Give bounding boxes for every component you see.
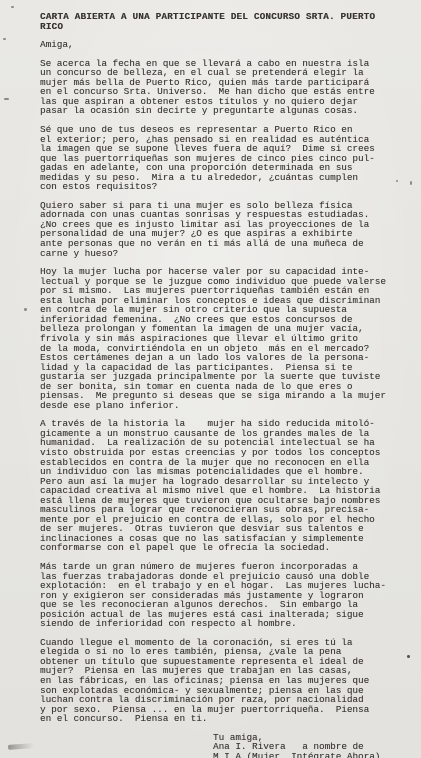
paragraph-5: A través de la historia la mujer ha sido… — [40, 419, 395, 553]
paragraph-2: Sé que uno de tus deseos es representar … — [40, 125, 395, 192]
paragraph-6: Más tarde un gran número de mujeres fuer… — [40, 562, 395, 629]
salutation: Amiga, — [40, 40, 395, 50]
scan-speck — [3, 38, 6, 40]
scan-speck — [4, 98, 9, 100]
scan-speck — [407, 655, 410, 658]
paragraph-4: Hoy la mujer lucha por hacerse valer por… — [40, 267, 395, 410]
signature-block: Tu amiga, Ana I. Rivera a nombre de M I … — [213, 733, 395, 758]
paragraph-7: Cuando llegue el momento de la coronació… — [40, 638, 395, 724]
scan-smudge — [8, 743, 34, 750]
organization-name: M I A (Mujer Intégrate Ahora) — [213, 752, 395, 758]
scanned-letter-page: CARTA ABIERTA A UNA PARTICIPANTE DEL CON… — [0, 0, 421, 758]
paragraph-1: Se acerca la fecha en que se llevará a c… — [40, 59, 395, 116]
scan-speck — [24, 308, 27, 311]
letter-body: CARTA ABIERTA A UNA PARTICIPANTE DEL CON… — [40, 12, 395, 758]
scan-speck — [410, 181, 412, 185]
letter-title: CARTA ABIERTA A UNA PARTICIPANTE DEL CON… — [40, 12, 395, 31]
scan-speck — [396, 180, 398, 182]
paragraph-3: Quiero saber si para ti una mujer es sol… — [40, 201, 395, 258]
scan-speck — [11, 6, 14, 8]
